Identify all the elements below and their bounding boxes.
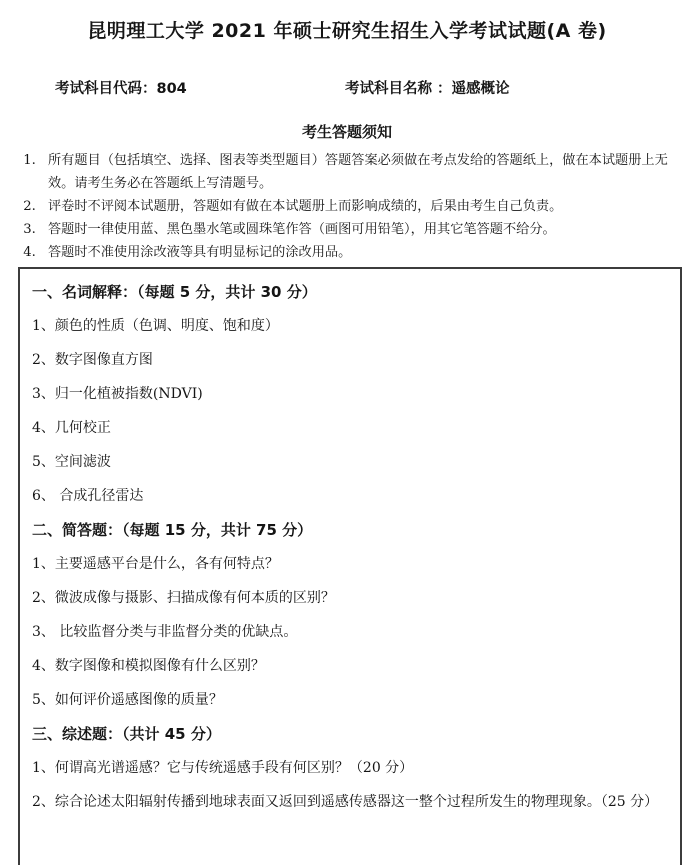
notice-list: 所有题目（包括填空、选择、图表等类型题目）答题答案必须做在考点发给的答题纸上，做… bbox=[0, 149, 694, 264]
notice-item-3: 答题时一律使用蓝、黑色墨水笔或圆珠笔作答（画图可用铅笔），用其它笔答题不给分。 bbox=[40, 218, 682, 241]
exam-paper-page: 昆明理工大学 2021 年硕士研究生招生入学考试试题(A 卷) 考试科目代码：8… bbox=[0, 0, 694, 865]
subject-code: 考试科目代码：804 bbox=[55, 77, 345, 98]
subject-name-value: 遥感概论 bbox=[452, 81, 510, 97]
section-1-heading: 一、名词解释：（每题 5 分，共计 30 分） bbox=[32, 275, 666, 309]
section-1-question-6: 6、 合成孔径雷达 bbox=[32, 479, 666, 513]
question-box: 一、名词解释：（每题 5 分，共计 30 分） 1、颜色的性质（色调、明度、饱和… bbox=[18, 267, 682, 865]
section-2-question-1: 1、主要遥感平台是什么，各有何特点？ bbox=[32, 547, 666, 581]
section-3-heading: 三、综述题：（共计 45 分） bbox=[32, 717, 666, 751]
notice-item-1: 所有题目（包括填空、选择、图表等类型题目）答题答案必须做在考点发给的答题纸上，做… bbox=[40, 149, 682, 195]
notice-item-2: 评卷时不评阅本试题册，答题如有做在本试题册上而影响成绩的，后果由考生自己负责。 bbox=[40, 195, 682, 218]
section-1-question-2: 2、数字图像直方图 bbox=[32, 343, 666, 377]
section-1-question-5: 5、空间滤波 bbox=[32, 445, 666, 479]
section-1-question-1: 1、颜色的性质（色调、明度、饱和度） bbox=[32, 309, 666, 343]
notice-title: 考生答题须知 bbox=[0, 121, 694, 142]
page-title: 昆明理工大学 2021 年硕士研究生招生入学考试试题(A 卷) bbox=[8, 20, 686, 44]
section-3-question-1: 1、何谓高光谱遥感？它与传统遥感手段有何区别？（20 分） bbox=[32, 751, 666, 785]
section-2-heading: 二、简答题：（每题 15 分，共计 75 分） bbox=[32, 513, 666, 547]
section-1-question-3: 3、归一化植被指数(NDVI) bbox=[32, 377, 666, 411]
section-2-question-4: 4、数字图像和模拟图像有什么区别？ bbox=[32, 649, 666, 683]
subject-code-value: 804 bbox=[157, 81, 187, 97]
subject-name-label: 考试科目名称 ： bbox=[345, 81, 452, 97]
section-1-question-4: 4、几何校正 bbox=[32, 411, 666, 445]
subject-code-label: 考试科目代码： bbox=[55, 81, 157, 97]
section-3-question-2: 2、综合论述太阳辐射传播到地球表面又返回到遥感传感器这一整个过程所发生的物理现象… bbox=[32, 785, 666, 819]
subject-name: 考试科目名称 ：遥感概论 bbox=[345, 77, 510, 98]
subject-meta-row: 考试科目代码：804 考试科目名称 ：遥感概论 bbox=[55, 77, 694, 98]
section-2-question-5: 5、如何评价遥感图像的质量？ bbox=[32, 683, 666, 717]
section-2-question-3: 3、 比较监督分类与非监督分类的优缺点。 bbox=[32, 615, 666, 649]
section-2-question-2: 2、微波成像与摄影、扫描成像有何本质的区别？ bbox=[32, 581, 666, 615]
notice-item-4: 答题时不准使用涂改液等具有明显标记的涂改用品。 bbox=[40, 241, 682, 264]
